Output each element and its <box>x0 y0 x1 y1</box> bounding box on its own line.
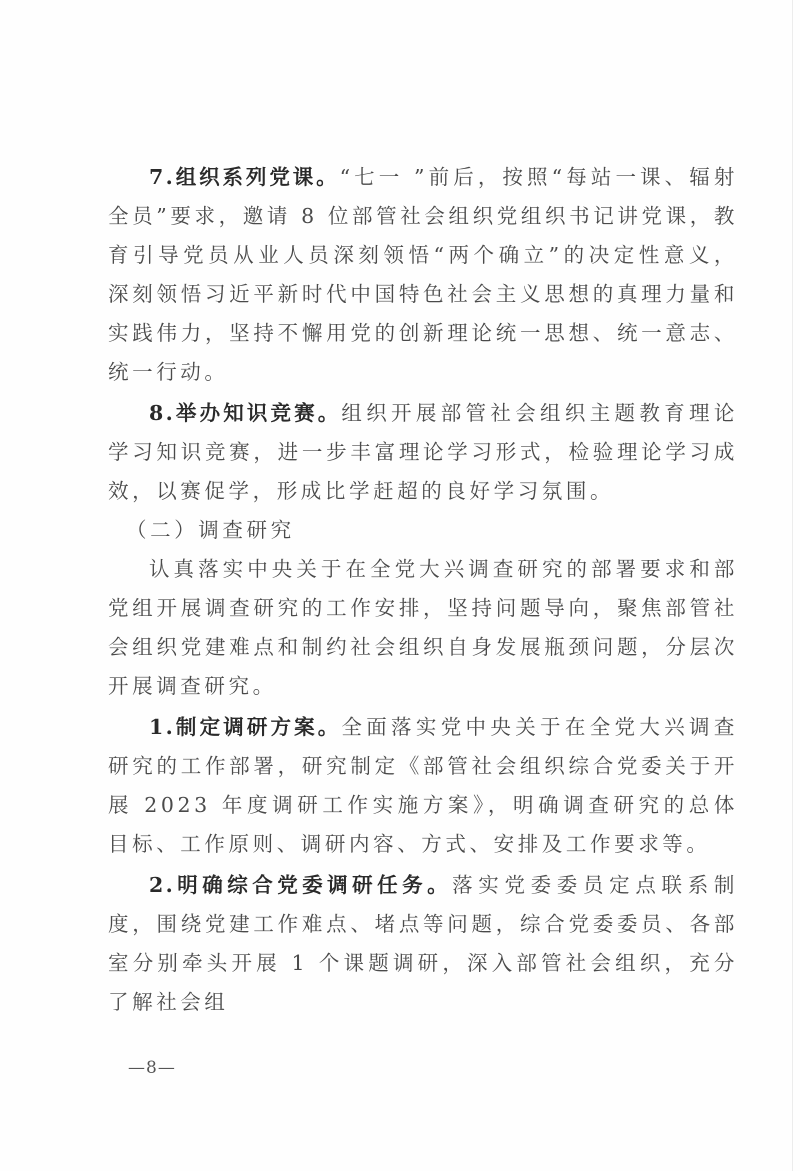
page-edge-line <box>792 0 793 1171</box>
paragraph-lead-bold: 8.举办知识竞赛。 <box>149 401 341 425</box>
section-heading: （二）调查研究 <box>108 511 738 550</box>
paragraph-lead-bold: 1.制定调研方案。 <box>149 715 341 739</box>
document-body: 7.组织系列党课。“七一 ”前后，按照“每站一课、辐射全员”要求，邀请 8 位部… <box>108 158 738 983</box>
page-number: —8— <box>128 1058 176 1078</box>
paragraph-text: “七一 ”前后，按照“每站一课、辐射全员”要求，邀请 8 位部管社会组织党组织书… <box>108 165 738 384</box>
section-intro-paragraph: 认真落实中央关于在全党大兴调查研究的部署要求和部党组开展调查研究的工作安排，坚持… <box>108 550 738 706</box>
document-page: 7.组织系列党课。“七一 ”前后，按照“每站一课、辐射全员”要求，邀请 8 位部… <box>0 0 800 1171</box>
paragraph-research-item-1: 1.制定调研方案。全面落实党中央关于在全党大兴调查研究的工作部署，研究制定《部管… <box>108 708 738 864</box>
paragraph-lead-bold: 2.明确综合党委调研任务。 <box>149 873 452 897</box>
paragraph-item-8: 8.举办知识竞赛。组织开展部管社会组织主题教育理论学习知识竞赛，进一步丰富理论学… <box>108 394 738 511</box>
paragraph-research-item-2: 2.明确综合党委调研任务。落实党委委员定点联系制度，围绕党建工作难点、堵点等问题… <box>108 866 738 983</box>
paragraph-item-7: 7.组织系列党课。“七一 ”前后，按照“每站一课、辐射全员”要求，邀请 8 位部… <box>108 158 738 392</box>
paragraph-lead-bold: 7.组织系列党课。 <box>149 165 340 189</box>
